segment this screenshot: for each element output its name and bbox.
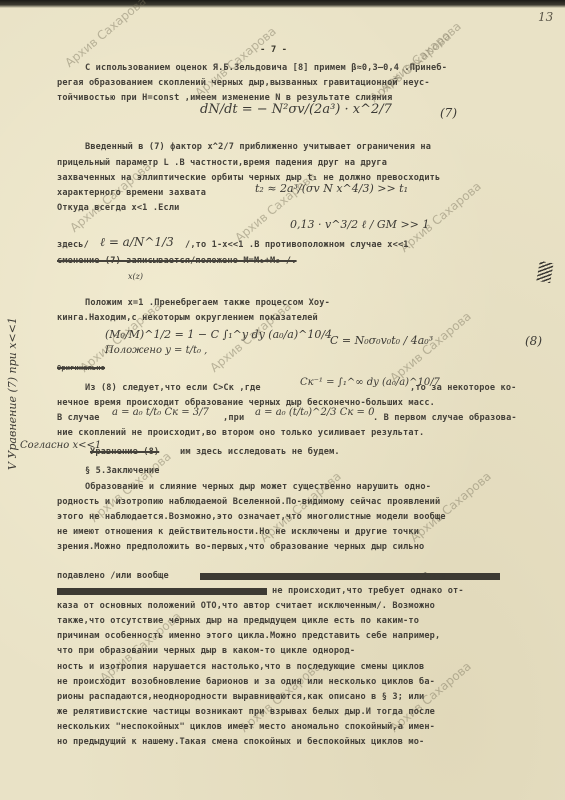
text-line: зрения.Можно предположить во-первых,что … — [57, 542, 424, 552]
text-line: Положим x=1 .Пренебрегаем также процессо… — [85, 298, 330, 308]
watermark: Архив Сахарова — [387, 309, 474, 385]
redacted-text — [200, 573, 500, 580]
text-line: рионы распадаются,неоднородности выравни… — [57, 692, 424, 702]
text-line: не происходит,что требует однако от- — [272, 586, 464, 596]
case-2-formula: a = a₀ (t/t₀)^2/3 Cк = 0 — [255, 407, 374, 418]
struck-text: Оригинально — [57, 364, 105, 372]
equation-label: (8) — [525, 334, 542, 348]
equation-8-lhs: (M₀/M)^1/2 = 1 − C ∫₁^y dy (a₀/a)^10/4 — [105, 328, 332, 341]
watermark: Архив Сахарова — [62, 0, 149, 70]
equation-8-mid: Положено y = t/t₀ , — [105, 345, 207, 356]
text-line: С использованием оценок Я.Б.Зельдовича [… — [85, 63, 447, 73]
equation-label: (7) — [440, 106, 457, 120]
text-line: Образование и слияние черных дыр может с… — [85, 482, 431, 492]
struck-text: сменение (7) записывается/положено M=M₁+… — [57, 256, 297, 266]
section-heading: § 5.Заключение — [85, 466, 160, 476]
condition-formula: 0,13 · v^3/2 ℓ / GM >> 1 — [290, 218, 429, 231]
text-line: Введенный в (7) фактор x^2/7 приближенно… — [85, 142, 431, 152]
folio-number: 13 — [538, 10, 553, 24]
text-line: регая образованием скоплений черных дыр,… — [57, 78, 430, 88]
watermark: Архив Сахарова — [407, 469, 494, 545]
document-page: Архив Сахарова Архив Сахарова Архив Саха… — [0, 0, 565, 800]
capture-time-formula: t₂ ≈ 2a³/(σv N x^4/3) >> t₁ — [255, 182, 408, 195]
text-line: этого не наблюдается.Возможно,это означа… — [57, 512, 446, 522]
text-line: Из (8) следует,что если C>Cк ,где — [85, 383, 261, 393]
text-line: но предыдущий к нашему.Такая смена споко… — [57, 737, 424, 747]
struck-text: Уравнение (8) — [90, 447, 159, 457]
text-line: здесь/ — [57, 240, 89, 250]
text-line: причинам особенность именно этого цикла.… — [57, 631, 440, 641]
text-line: родность и изотропию наблюдаемой Вселенн… — [57, 497, 440, 507]
text-line: нескольких "неспокойных" циклов имеет ме… — [57, 722, 435, 732]
text-line: не происходит возобновление барионов и з… — [57, 677, 435, 687]
text-line: Откуда всегда x<1 .Если — [57, 203, 179, 213]
text-line: ,то за некоторое ко- — [410, 383, 516, 393]
text-line: характерного времени захвата — [57, 188, 206, 198]
page-number: - 7 - — [260, 45, 287, 55]
insertion-mark: x(z) — [128, 272, 143, 281]
watermark: Архив Сахарова — [397, 179, 484, 255]
l-definition: ℓ = a/N^1/3 — [100, 235, 174, 250]
scribble-mark — [536, 261, 553, 283]
text-line: ,при — [223, 413, 244, 423]
insertion-mark: тем более — [400, 572, 446, 581]
redacted-text — [57, 588, 267, 595]
text-line: же релятивистские частицы возникают при … — [57, 707, 435, 717]
text-line: прицельный параметр L .В частности,время… — [57, 158, 387, 168]
text-line: подавлено /или вообще — [57, 571, 169, 581]
text-line: каза от основных положений ОТО,что автор… — [57, 601, 435, 611]
text-line: /,то 1-x<<1 .В противоположном случае x<… — [185, 240, 409, 250]
equation-8-c: C = N₀σ₀v₀t₀ / 4a₀³ — [330, 334, 433, 347]
text-line: кинга.Находим,с некоторым округлением по… — [57, 313, 318, 323]
text-line: не имеют отношения к действительности.Но… — [57, 527, 419, 537]
case-1-formula: a = a₀ t/t₀ Cк = 3/7 — [112, 407, 209, 418]
text-line: также,что отсутствие черных дыр на преды… — [57, 616, 419, 626]
text-line: что при образовании черных дыр в каком-т… — [57, 646, 355, 656]
text-line: ность и изотропия нарушается настолько,ч… — [57, 662, 424, 672]
margin-annotation: V Уравнение (7) при x<<1 — [6, 317, 19, 470]
text-line: ние скоплений не происходит,во втором он… — [57, 428, 424, 438]
equation-7: dN/dt = − N²σv/(2a³) · x^2/7 — [200, 102, 392, 117]
watermark: Архив Сахарова — [192, 24, 279, 100]
scan-edge — [0, 0, 565, 8]
text-line: В случае — [57, 413, 100, 423]
text-line: . В первом случае образова- — [373, 413, 517, 423]
text-line: им здесь исследовать не будем. — [180, 447, 340, 457]
